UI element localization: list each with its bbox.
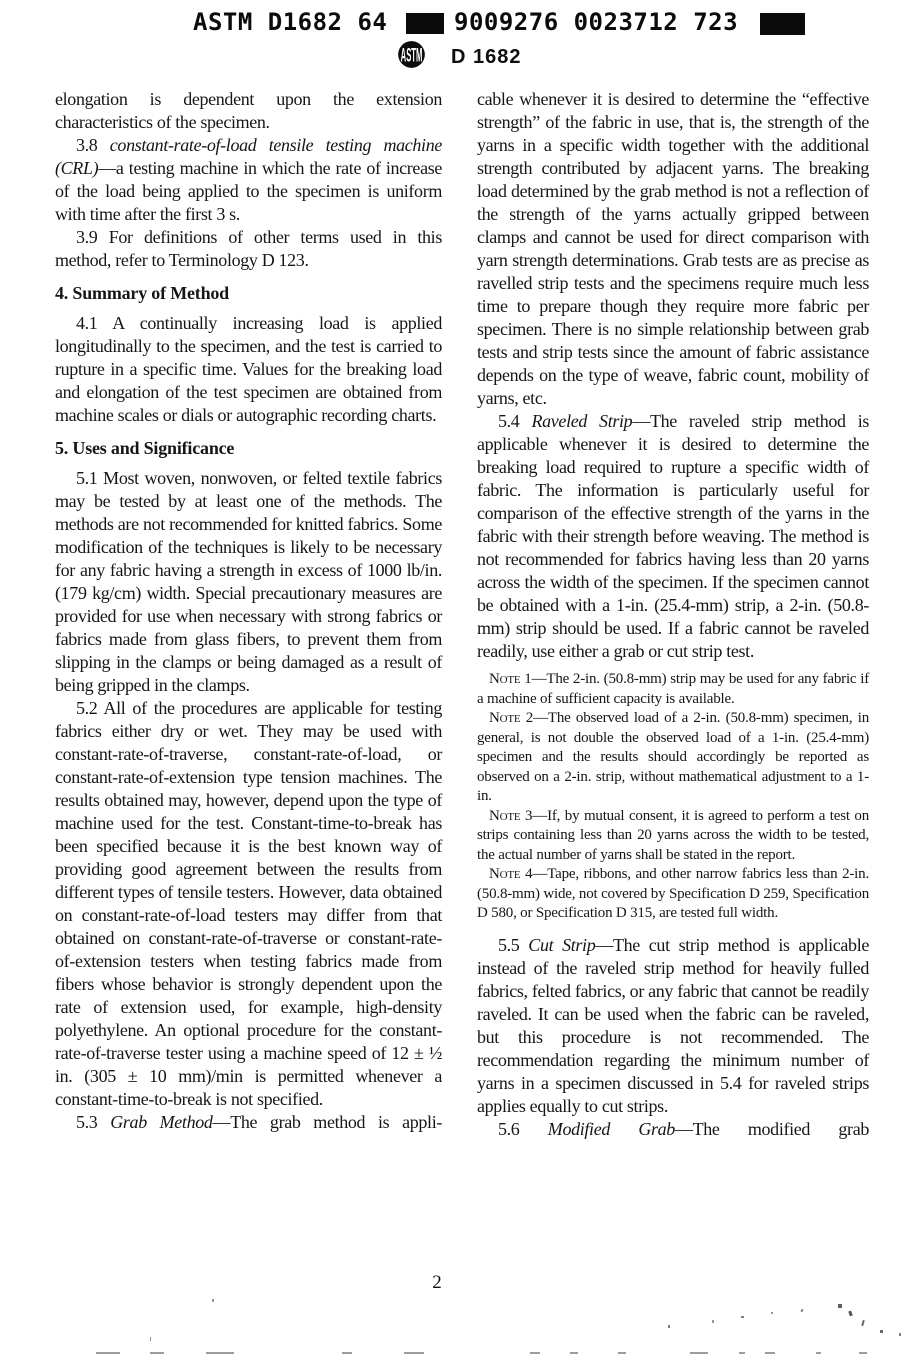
paragraph-5-5: 5.5 Cut Strip—The cut strip method is ap…	[477, 934, 869, 1118]
section-heading-4: 4. Summary of Method	[55, 282, 442, 305]
scan-artifact	[150, 1337, 151, 1341]
paragraph-5-1: 5.1 Most woven, nonwoven, or felted text…	[55, 467, 442, 697]
section-heading-5: 5. Uses and Significance	[55, 437, 442, 460]
scan-artifact	[212, 1299, 214, 1302]
paragraph-3-8: 3.8 constant-rate-of-load tensile testin…	[55, 134, 442, 226]
paragraph-continuation: elongation is dependent upon the extensi…	[55, 88, 442, 134]
clause-number: 5.6	[498, 1119, 548, 1139]
clause-number: 3.8	[76, 135, 110, 155]
scan-artifact	[618, 1352, 626, 1354]
notes-block: Note 1—The 2-in. (50.8-mm) strip may be …	[477, 670, 869, 924]
note-label: Note 4	[489, 866, 532, 882]
scan-artifact	[206, 1352, 234, 1354]
page-number: 2	[392, 1272, 482, 1294]
paragraph-3-9: 3.9 For definitions of other terms used …	[55, 226, 442, 272]
paragraph-5-2: 5.2 All of the procedures are applicable…	[55, 697, 442, 1111]
paragraph-5-6: 5.6 Modified Grab—The modified grab	[477, 1118, 869, 1141]
paragraph-5-3-continuation: cable whenever it is desired to determin…	[477, 88, 869, 410]
scan-artifact	[739, 1352, 745, 1354]
scan-artifact	[668, 1325, 670, 1328]
astm-logo-text: ASTM	[401, 46, 423, 67]
note-label: Note 1	[489, 671, 532, 687]
clause-text: —The grab method is appli-	[213, 1112, 442, 1132]
scan-artifact	[859, 1352, 867, 1354]
scan-artifact	[816, 1352, 821, 1354]
astm-logo-icon: ASTM	[397, 40, 426, 74]
note-text: —If, by mutual consent, it is agreed to …	[477, 808, 869, 863]
scan-artifact	[848, 1311, 853, 1317]
header-bar-mark-right	[760, 13, 805, 35]
note-label: Note 3	[489, 808, 532, 824]
note-2: Note 2—The observed load of a 2-in. (50.…	[477, 709, 869, 807]
scan-artifact	[880, 1330, 883, 1333]
scan-artifact	[150, 1352, 164, 1354]
scan-artifact	[712, 1320, 714, 1323]
doc-code: D 1682	[451, 46, 522, 69]
document-page: ASTM D1682 64 9009276 0023712 723 ASTM D…	[0, 0, 920, 1361]
note-text: —The observed load of a 2-in. (50.8-mm) …	[477, 710, 869, 804]
clause-text: —The cut strip method is applicable inst…	[477, 935, 869, 1116]
scan-artifact	[342, 1352, 352, 1354]
scan-artifact	[404, 1352, 424, 1354]
note-label: Note 2	[489, 710, 533, 726]
scan-artifact	[765, 1352, 775, 1354]
clause-text: —a testing machine in which the rate of …	[55, 158, 442, 224]
scan-artifact	[800, 1309, 803, 1313]
left-column: elongation is dependent upon the extensi…	[55, 88, 442, 1134]
scan-artifact	[530, 1352, 540, 1354]
scan-artifact	[857, 168, 859, 174]
paragraph-4-1: 4.1 A continually increasing load is app…	[55, 312, 442, 427]
note-4: Note 4—Tape, ribbons, and other narrow f…	[477, 865, 869, 924]
scan-artifact	[570, 1352, 578, 1354]
header-bar-mark-left	[406, 13, 444, 34]
paragraph-5-4: 5.4 Raveled Strip—The raveled strip meth…	[477, 410, 869, 663]
clause-text: —The modified grab	[675, 1119, 869, 1139]
clause-term: Grab Method	[110, 1112, 212, 1132]
clause-number: 5.5	[498, 935, 528, 955]
clause-number: 5.4	[498, 411, 532, 431]
note-3: Note 3—If, by mutual consent, it is agre…	[477, 807, 869, 866]
scan-artifact	[741, 1316, 744, 1318]
clause-term: Modified Grab	[548, 1119, 675, 1139]
scan-artifact	[690, 1352, 708, 1354]
scan-artifact	[771, 1312, 773, 1314]
header-file-line: ASTM D1682 64	[193, 8, 387, 36]
note-text: —The 2-in. (50.8-mm) strip may be used f…	[477, 671, 869, 707]
paragraph-5-3: 5.3 Grab Method—The grab method is appli…	[55, 1111, 442, 1134]
clause-number: 5.3	[76, 1112, 110, 1132]
header-file-numbers: 9009276 0023712 723	[454, 8, 738, 36]
scan-artifact	[861, 1320, 864, 1326]
clause-term: Cut Strip	[528, 935, 595, 955]
clause-text: —The raveled strip method is applicable …	[477, 411, 869, 661]
scan-artifact	[899, 1333, 901, 1336]
right-column: cable whenever it is desired to determin…	[477, 88, 869, 1141]
scan-artifact	[96, 1352, 120, 1354]
scan-artifact	[838, 1304, 842, 1308]
note-text: —Tape, ribbons, and other narrow fabrics…	[477, 866, 869, 921]
clause-term: Raveled Strip	[532, 411, 633, 431]
note-1: Note 1—The 2-in. (50.8-mm) strip may be …	[477, 670, 869, 709]
